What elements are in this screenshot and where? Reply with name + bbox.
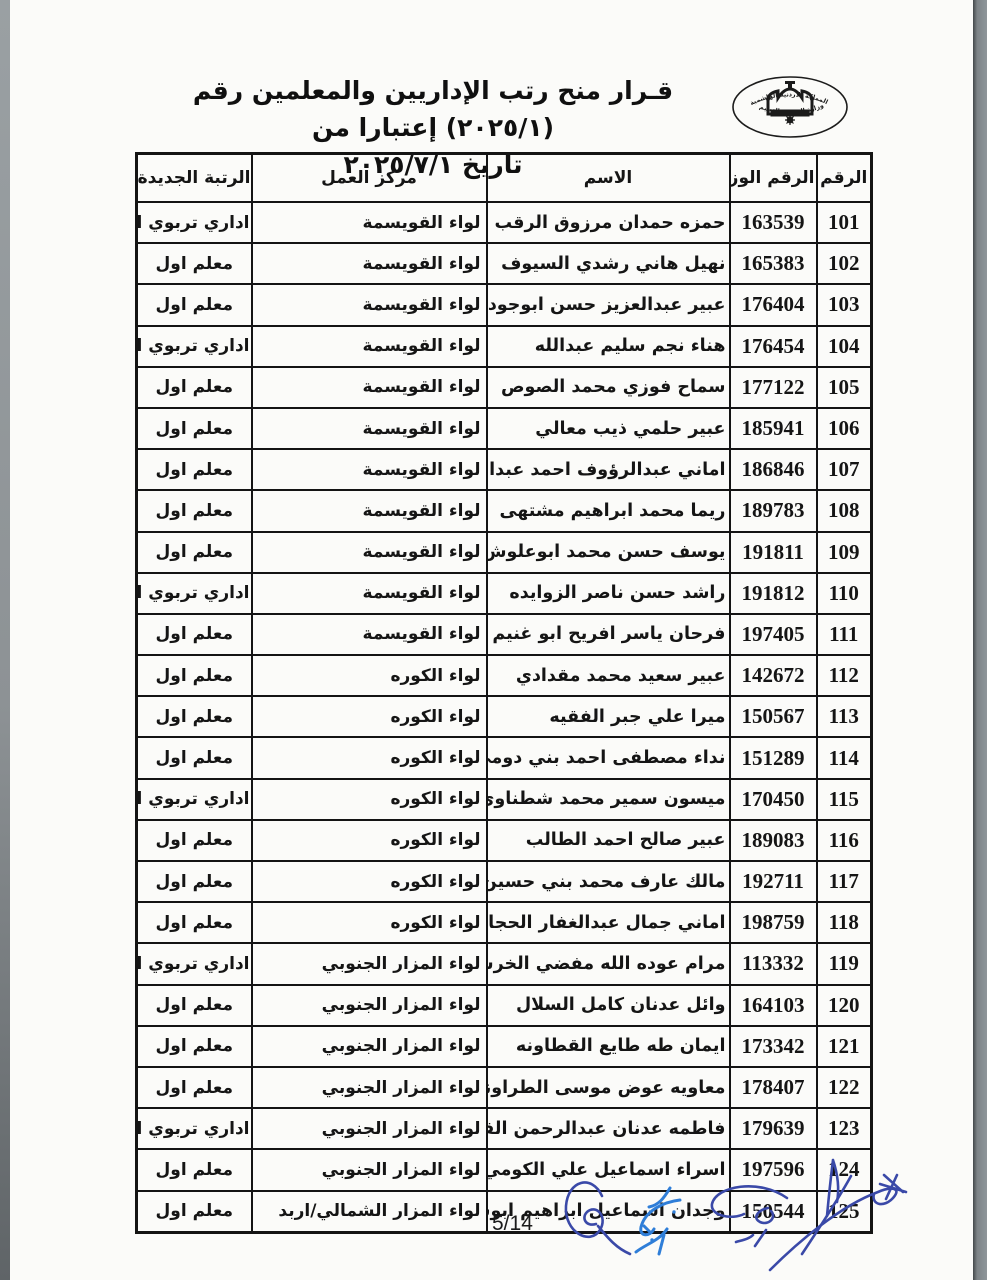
employee-name: مرام عوده الله مفضي الخرشه (487, 943, 730, 984)
row-number: 117 (817, 861, 872, 902)
ranks-table: الرقم الرقم الوزاري الاسم مركز العمل الر… (135, 152, 873, 1234)
header-name: الاسم (487, 154, 730, 203)
work-center: لواء القويسمة (252, 408, 487, 449)
ministry-number: 173342 (730, 1026, 817, 1067)
employee-name: نداء مصطفى احمد بني دومي (487, 737, 730, 778)
new-rank: معلم اول (137, 737, 252, 778)
ministry-number: 113332 (730, 943, 817, 984)
table-row: 114151289نداء مصطفى احمد بني دوميلواء ال… (137, 737, 872, 778)
work-center: لواء القويسمة (252, 490, 487, 531)
table-row: 107186846اماني عبدالرؤوف احمد عبدالرحيمل… (137, 449, 872, 490)
table-row: 112142672عبير سعيد محمد مقداديلواء الكور… (137, 655, 872, 696)
employee-name: عبير عبدالعزيز حسن ابوجوده (487, 284, 730, 325)
ministry-number: 191811 (730, 532, 817, 573)
work-center: لواء القويسمة (252, 284, 487, 325)
employee-name: راشد حسن ناصر الزوايده (487, 573, 730, 614)
table-row: 106185941عبير حلمي ذيب معاليلواء القويسم… (137, 408, 872, 449)
table-row: 115170450ميسون سمير محمد شطناويلواء الكو… (137, 779, 872, 820)
new-rank: اداري تربوي اول (137, 779, 252, 820)
row-number: 120 (817, 985, 872, 1026)
new-rank: معلم اول (137, 614, 252, 655)
ministry-number: 150567 (730, 696, 817, 737)
work-center: لواء القويسمة (252, 202, 487, 243)
table-row: 119113332مرام عوده الله مفضي الخرشهلواء … (137, 943, 872, 984)
table-row: 117192711مالك عارف محمد بني حسينلواء الك… (137, 861, 872, 902)
row-number: 105 (817, 367, 872, 408)
employee-name: ميسون سمير محمد شطناوي (487, 779, 730, 820)
work-center: لواء الكوره (252, 655, 487, 696)
table-row: 110191812راشد حسن ناصر الزوايدهلواء القو… (137, 573, 872, 614)
row-number: 110 (817, 573, 872, 614)
scan-edge-left (0, 0, 10, 1280)
ministry-number: 176404 (730, 284, 817, 325)
table-row: 121173342ايمان طه طايع القطاونهلواء المز… (137, 1026, 872, 1067)
table-row: 103176404عبير عبدالعزيز حسن ابوجودهلواء … (137, 284, 872, 325)
table-row: 118198759اماني جمال عبدالغفار الحجاجرهلو… (137, 902, 872, 943)
new-rank: معلم اول (137, 408, 252, 449)
table-body: 101163539حمزه حمدان مرزوق الرقبلواء القو… (137, 202, 872, 1232)
new-rank: معلم اول (137, 367, 252, 408)
ministry-number: 178407 (730, 1067, 817, 1108)
work-center: لواء المزار الجنوبي (252, 1067, 487, 1108)
work-center: لواء الكوره (252, 696, 487, 737)
scanned-document: { "page": { "title_line1": "قـرار منح رت… (0, 0, 987, 1280)
new-rank: اداري تربوي اول (137, 1108, 252, 1149)
table-header-row: الرقم الرقم الوزاري الاسم مركز العمل الر… (137, 154, 872, 203)
employee-name: عبير صالح احمد الطالب (487, 820, 730, 861)
work-center: لواء القويسمة (252, 243, 487, 284)
table-row: 109191811يوسف حسن محمد ابوعلوشلواء القوي… (137, 532, 872, 573)
work-center: لواء القويسمة (252, 449, 487, 490)
new-rank: معلم اول (137, 449, 252, 490)
row-number: 123 (817, 1108, 872, 1149)
ministry-number: 191812 (730, 573, 817, 614)
employee-name: فاطمه عدنان عبدالرحمن القطاونه (487, 1108, 730, 1149)
ministry-number: 189783 (730, 490, 817, 531)
signature-ink (540, 1150, 987, 1280)
new-rank: معلم اول (137, 861, 252, 902)
table-row: 105177122سماح فوزي محمد الصوصلواء القويس… (137, 367, 872, 408)
ministry-number: 151289 (730, 737, 817, 778)
new-rank: معلم اول (137, 284, 252, 325)
new-rank: معلم اول (137, 902, 252, 943)
row-number: 108 (817, 490, 872, 531)
ministry-number: 176454 (730, 326, 817, 367)
new-rank: معلم اول (137, 985, 252, 1026)
ministry-number: 179639 (730, 1108, 817, 1149)
work-center: لواء القويسمة (252, 326, 487, 367)
ministry-number: 198759 (730, 902, 817, 943)
ministry-number: 189083 (730, 820, 817, 861)
table-row: 113150567ميرا علي جبر الفقيهلواء الكورهم… (137, 696, 872, 737)
employee-name: ميرا علي جبر الفقيه (487, 696, 730, 737)
ministry-number: 164103 (730, 985, 817, 1026)
work-center: لواء المزار الجنوبي (252, 985, 487, 1026)
title-line-1: قـرار منح رتب الإداريين والمعلمين رقم (٢… (150, 72, 716, 146)
work-center: لواء المزار الشمالي/اربد (252, 1191, 487, 1233)
employee-name: يوسف حسن محمد ابوعلوش (487, 532, 730, 573)
ministry-number: 177122 (730, 367, 817, 408)
row-number: 107 (817, 449, 872, 490)
employee-name: فرحان ياسر افريح ابو غنيم (487, 614, 730, 655)
work-center: لواء المزار الجنوبي (252, 1108, 487, 1149)
ministry-number: 170450 (730, 779, 817, 820)
table-row: 116189083عبير صالح احمد الطالبلواء الكور… (137, 820, 872, 861)
ministry-number: 186846 (730, 449, 817, 490)
new-rank: معلم اول (137, 696, 252, 737)
new-rank: معلم اول (137, 243, 252, 284)
work-center: لواء المزار الجنوبي (252, 1149, 487, 1190)
new-rank: معلم اول (137, 1067, 252, 1108)
work-center: لواء القويسمة (252, 614, 487, 655)
work-center: لواء الكوره (252, 779, 487, 820)
ministry-number: 142672 (730, 655, 817, 696)
new-rank: اداري تربوي اول (137, 326, 252, 367)
ministry-number: 197405 (730, 614, 817, 655)
new-rank: معلم اول (137, 820, 252, 861)
table-row: 108189783ريما محمد ابراهيم مشتهىلواء الق… (137, 490, 872, 531)
employee-name: اماني عبدالرؤوف احمد عبدالرحيم (487, 449, 730, 490)
work-center: لواء المزار الجنوبي (252, 1026, 487, 1067)
row-number: 122 (817, 1067, 872, 1108)
employee-name: هناء نجم سليم عبدالله (487, 326, 730, 367)
row-number: 104 (817, 326, 872, 367)
new-rank: معلم اول (137, 490, 252, 531)
employee-name: سماح فوزي محمد الصوص (487, 367, 730, 408)
employee-name: عبير حلمي ذيب معالي (487, 408, 730, 449)
row-number: 115 (817, 779, 872, 820)
crown-icon (766, 81, 814, 125)
row-number: 114 (817, 737, 872, 778)
employee-name: ايمان طه طايع القطاونه (487, 1026, 730, 1067)
row-number: 103 (817, 284, 872, 325)
table-row: 101163539حمزه حمدان مرزوق الرقبلواء القو… (137, 202, 872, 243)
employee-name: حمزه حمدان مرزوق الرقب (487, 202, 730, 243)
ministry-seal-logo: المملكة الأردنية الهاشمية وزارة التربية … (728, 74, 852, 140)
work-center: لواء الكوره (252, 902, 487, 943)
row-number: 102 (817, 243, 872, 284)
table-row: 102165383نهيل هاني رشدي السيوفلواء القوي… (137, 243, 872, 284)
work-center: لواء القويسمة (252, 573, 487, 614)
employee-name: معاويه عوض موسى الطراونه (487, 1067, 730, 1108)
work-center: لواء الكوره (252, 737, 487, 778)
ministry-number: 165383 (730, 243, 817, 284)
row-number: 111 (817, 614, 872, 655)
table-row: 104176454هناء نجم سليم عبداللهلواء القوي… (137, 326, 872, 367)
row-number: 118 (817, 902, 872, 943)
row-number: 106 (817, 408, 872, 449)
new-rank: اداري تربوي اول (137, 943, 252, 984)
new-rank: معلم اول (137, 1026, 252, 1067)
table-row: 120164103وائل عدنان كامل السلاللواء المز… (137, 985, 872, 1026)
work-center: لواء القويسمة (252, 532, 487, 573)
header-new-rank: الرتبة الجديدة (137, 154, 252, 203)
new-rank: معلم اول (137, 1149, 252, 1190)
work-center: لواء الكوره (252, 861, 487, 902)
row-number: 113 (817, 696, 872, 737)
employee-name: مالك عارف محمد بني حسين (487, 861, 730, 902)
work-center: لواء المزار الجنوبي (252, 943, 487, 984)
header-ministry-number: الرقم الوزاري (730, 154, 817, 203)
scan-edge-right (973, 0, 987, 1280)
row-number: 101 (817, 202, 872, 243)
new-rank: اداري تربوي اول (137, 573, 252, 614)
table-row: 122178407معاويه عوض موسى الطراونهلواء ال… (137, 1067, 872, 1108)
row-number: 112 (817, 655, 872, 696)
new-rank: اداري تربوي اول (137, 202, 252, 243)
employee-name: ريما محمد ابراهيم مشتهى (487, 490, 730, 531)
ministry-number: 163539 (730, 202, 817, 243)
row-number: 121 (817, 1026, 872, 1067)
page-number: 5/14 (492, 1212, 533, 1236)
ministry-number: 185941 (730, 408, 817, 449)
table-row: 111197405فرحان ياسر افريح ابو غنيملواء ا… (137, 614, 872, 655)
employee-name: نهيل هاني رشدي السيوف (487, 243, 730, 284)
employee-name: عبير سعيد محمد مقدادي (487, 655, 730, 696)
header-work-center: مركز العمل (252, 154, 487, 203)
new-rank: معلم اول (137, 532, 252, 573)
employee-name: اماني جمال عبدالغفار الحجاجره (487, 902, 730, 943)
row-number: 116 (817, 820, 872, 861)
row-number: 119 (817, 943, 872, 984)
work-center: لواء القويسمة (252, 367, 487, 408)
new-rank: معلم اول (137, 655, 252, 696)
employee-name: وائل عدنان كامل السلال (487, 985, 730, 1026)
header-row-number: الرقم (817, 154, 872, 203)
row-number: 109 (817, 532, 872, 573)
new-rank: معلم اول (137, 1191, 252, 1233)
table-row: 123179639فاطمه عدنان عبدالرحمن القطاونهل… (137, 1108, 872, 1149)
work-center: لواء الكوره (252, 820, 487, 861)
ministry-number: 192711 (730, 861, 817, 902)
